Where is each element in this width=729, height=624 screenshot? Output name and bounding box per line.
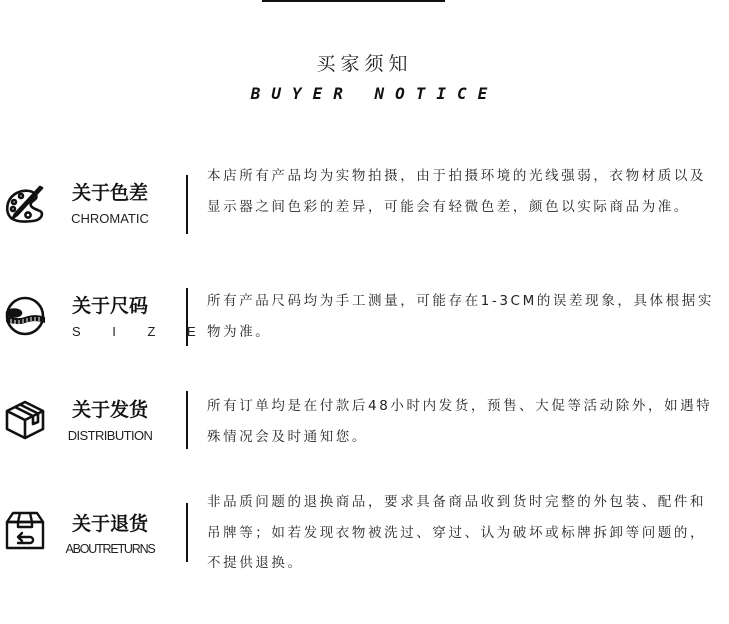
section-title-en: CHROMATIC — [60, 211, 160, 226]
tape-measure-icon — [3, 294, 47, 338]
vertical-divider — [186, 503, 188, 562]
section-description: 所有产品尺码均为手工测量，可能存在1-3CM的误差现象，具体根据实物为准。 — [207, 286, 717, 347]
section-title-cn: 关于尺码 — [60, 294, 160, 318]
section-title-cn: 关于发货 — [60, 398, 160, 422]
section-description: 所有订单均是在付款后48小时内发货，预售、大促等活动除外，如遇特殊情况会及时通知… — [207, 391, 717, 452]
vertical-divider — [186, 391, 188, 449]
vertical-divider — [186, 288, 188, 346]
package-box-icon — [3, 397, 47, 441]
section-title-block: 关于发货 DISTRIBUTION — [60, 398, 160, 443]
section-title-en: S I Z E — [60, 324, 160, 339]
page-title-en: BUYER NOTICE — [0, 84, 729, 103]
section-title-en: DISTRIBUTION — [60, 428, 160, 443]
section-title-en: ABOUTRETURNS — [60, 542, 160, 556]
page-title-cn: 买家须知 — [0, 49, 729, 76]
return-box-icon — [3, 508, 47, 552]
section-description: 本店所有产品均为实物拍摄，由于拍摄环境的光线强弱，衣物材质以及显示器之间色彩的差… — [207, 161, 717, 222]
section-title-block: 关于尺码 S I Z E — [60, 294, 160, 339]
top-divider-rule — [262, 0, 445, 2]
section-title-block: 关于色差 CHROMATIC — [60, 181, 160, 226]
section-title-block: 关于退货 ABOUTRETURNS — [60, 512, 160, 556]
section-title-cn: 关于色差 — [60, 181, 160, 205]
palette-icon — [3, 182, 47, 226]
section-title-cn: 关于退货 — [60, 512, 160, 536]
section-description: 非品质问题的退换商品，要求具备商品收到货时完整的外包装、配件和吊牌等；如若发现衣… — [207, 487, 717, 579]
vertical-divider — [186, 175, 188, 234]
